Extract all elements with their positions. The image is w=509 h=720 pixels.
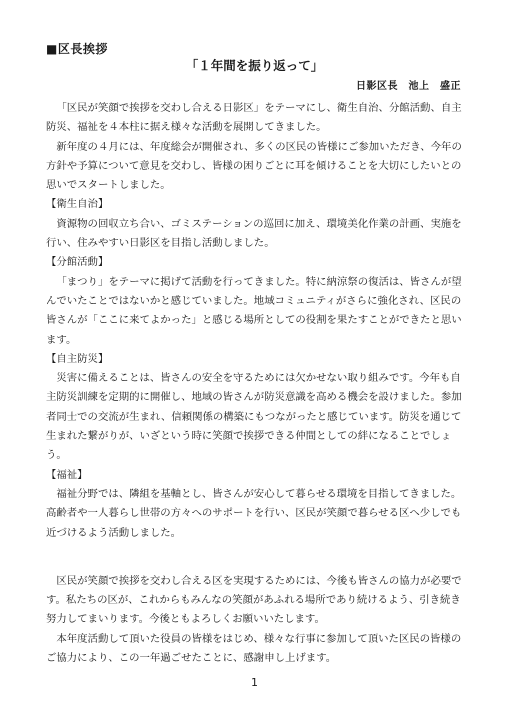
author-line: 日影区長 池上 盛正 bbox=[356, 77, 461, 92]
section-text-branch-activities: 「まつり」をテーマに掲げて活動を行ってきました。特に納涼祭の復活は、皆さんが望ん… bbox=[46, 273, 462, 350]
document-body: 「区民が笑顔で挨拶を交わし合える日影区」をテーマにし、衛生自治、分館活動、自主防… bbox=[46, 99, 462, 668]
page-number: 1 bbox=[0, 676, 509, 689]
section-title: ■区長挨拶 bbox=[46, 40, 108, 57]
closing-paragraph: 本年度活動して頂いた役員の皆様をはじめ、様々な行事に参加して頂いた区民の皆様のご… bbox=[46, 630, 462, 669]
intro-paragraph: 「区民が笑顔で挨拶を交わし合える日影区」をテーマにし、衛生自治、分館活動、自主防… bbox=[46, 99, 462, 138]
section-heading-sanitation: 【衛生自治】 bbox=[46, 195, 462, 214]
document-title: 「１年間を振り返って」 bbox=[0, 56, 509, 74]
section-heading-welfare: 【福祉】 bbox=[46, 466, 462, 485]
section-text-welfare: 福祉分野では、隣組を基軸とし、皆さんが安心して暮らせる環境を目指してきました。高… bbox=[46, 485, 462, 543]
section-text-disaster-prevention: 災害に備えることは、皆さんの安全を守るためには欠かせない取り組みです。今年も自主… bbox=[46, 369, 462, 465]
paragraph-spacer bbox=[46, 543, 462, 572]
intro-paragraph: 新年度の４月には、年度総会が開催され、多くの区民の皆様にご参加いただき、今年の方… bbox=[46, 138, 462, 196]
closing-paragraph: 区民が笑顔で挨拶を交わし合える区を実現するためには、今後も皆さんの協力が必要です… bbox=[46, 572, 462, 630]
document-page: ■区長挨拶 「１年間を振り返って」 日影区長 池上 盛正 「区民が笑顔で挨拶を交… bbox=[0, 0, 509, 720]
section-heading-branch-activities: 【分館活動】 bbox=[46, 253, 462, 272]
section-heading-disaster-prevention: 【自主防災】 bbox=[46, 350, 462, 369]
section-text-sanitation: 資源物の回収立ち合い、ゴミステーションの巡回に加え、環境美化作業の計画、実施を行… bbox=[46, 215, 462, 254]
